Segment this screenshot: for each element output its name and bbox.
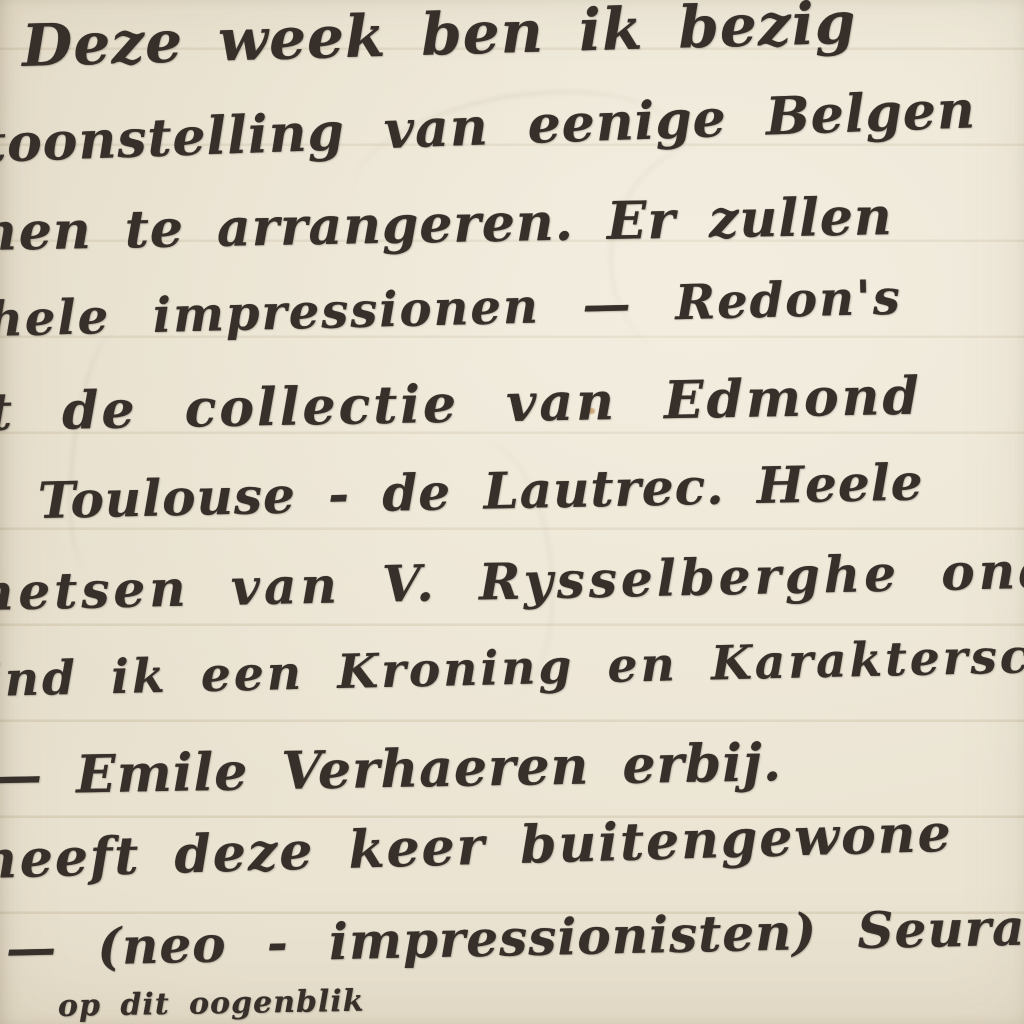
handwritten-line: op dit oogenblik bbox=[58, 983, 365, 1024]
show-through-mark bbox=[585, 118, 847, 393]
handwritten-line: hetsen van V. Rysselberghe onder bbox=[0, 538, 1024, 624]
show-through-mark bbox=[58, 327, 150, 573]
handwritten-line: hen te arrangeren. Er zullen bbox=[0, 184, 893, 265]
letter-page: Deze week ben ik bezig toonstelling van … bbox=[0, 0, 1024, 1024]
handwritten-line: hele impressionen — Redon's bbox=[0, 268, 902, 350]
handwritten-line: t de collectie van Edmond bbox=[0, 364, 922, 445]
handwritten-line: — (neo - impressionisten) Seurat bbox=[5, 896, 1024, 980]
handwritten-line: ind ik een Kroning en Karakterschets bbox=[0, 625, 1024, 710]
handwritten-line: Toulouse - de Lautrec. Heele bbox=[37, 451, 924, 532]
handwritten-line: heeft deze keer buitengewone bbox=[0, 801, 953, 893]
handwritten-line: toonstelling van eenige Belgen bbox=[0, 77, 977, 177]
handwritten-line: Deze week ben ik bezig bbox=[21, 0, 857, 82]
handwritten-line: — Emile Verhaeren erbij. bbox=[0, 730, 782, 809]
